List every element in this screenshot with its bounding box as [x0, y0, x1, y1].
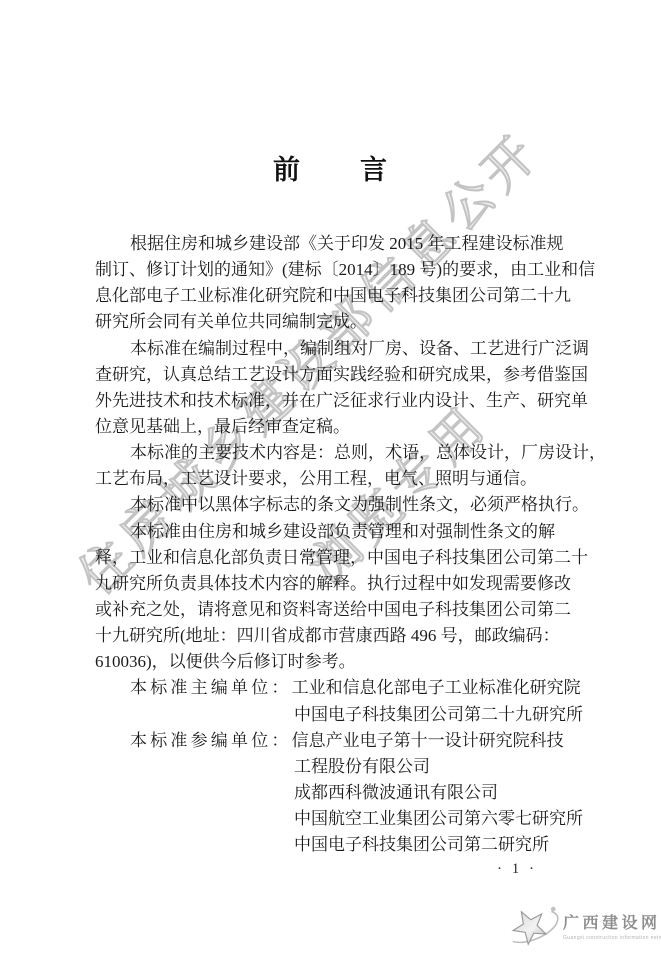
chief-editor-unit: 工业和信息化部电子工业标准化研究院 — [292, 675, 581, 701]
chief-editor-unit: 中国电子科技集团公司第二十九研究所 — [95, 702, 567, 728]
participating-editor-unit: 中国航空工业集团公司第六零七研究所 — [95, 806, 567, 832]
paragraph-line: 制订、修订计划的通知》(建标〔2014〕189 号)的要求，由工业和信 — [95, 257, 567, 283]
paragraph-line: 外先进技术和技术标准，并在广泛征求行业内设计、生产、研究单 — [95, 388, 567, 414]
paragraph-line: 息化部电子工业标准化研究院和中国电子科技集团公司第二十九 — [95, 283, 567, 309]
logo-tagline: Guangxi construction information network — [563, 935, 661, 941]
paragraph-line: 位意见基础上，最后经审查定稿。 — [95, 414, 567, 440]
chief-editor-row: 本标准主编单位： 工业和信息化部电子工业标准化研究院 — [95, 675, 567, 701]
paragraph-line: 610036)，以便供今后修订时参考。 — [95, 649, 567, 675]
page-number: · 1 · — [497, 861, 537, 878]
paragraph-line: 本标准由住房和城乡建设部负责管理和对强制性条文的解 — [95, 519, 567, 545]
paragraph-line: 释，工业和信息化部负责日常管理，中国电子科技集团公司第二十 — [95, 545, 567, 571]
page-title: 前 言 — [95, 148, 567, 187]
paragraph-line: 九研究所负责具体技术内容的解释。执行过程中如发现需要修改 — [95, 571, 567, 597]
logo-text-block: 广西建设网 Guangxi construction information n… — [563, 910, 661, 941]
participating-editor-unit: 中国电子科技集团公司第二研究所 — [95, 832, 567, 858]
document-page: 住房城乡建设部信息公开 浏览专用 前 言 根据住房和城乡建设部《关于印发 201… — [0, 0, 661, 958]
participating-editor-label: 本标准参编单位： — [130, 728, 292, 754]
participating-editor-unit: 成都西科微波通讯有限公司 — [95, 780, 567, 806]
paragraph-line: 十九研究所(地址：四川省成都市营康西路 496 号，邮政编码： — [95, 623, 567, 649]
paragraph-line: 研究所会同有关单位共同编制完成。 — [95, 309, 567, 335]
participating-editor-unit: 信息产业电子第十一设计研究院科技 — [292, 728, 564, 754]
participating-editor-row: 本标准参编单位： 信息产业电子第十一设计研究院科技 — [95, 728, 567, 754]
paragraph-line: 查研究，认真总结工艺设计方面实践经验和研究成果，参考借鉴国 — [95, 362, 567, 388]
paragraph-line: 本标准的主要技术内容是：总则，术语，总体设计，厂房设计， — [95, 440, 567, 466]
chief-editor-label: 本标准主编单位： — [130, 675, 292, 701]
site-logo: 广西建设网 Guangxi construction information n… — [503, 896, 659, 954]
paragraph-line: 本标准在编制过程中，编制组对厂房、设备、工艺进行广泛调 — [95, 336, 567, 362]
participating-editor-unit: 工程股份有限公司 — [95, 754, 567, 780]
paragraph-line: 或补充之处，请将意见和资料寄送给中国电子科技集团公司第二 — [95, 597, 567, 623]
body-text: 根据住房和城乡建设部《关于印发 2015 年工程建设标准规 制订、修订计划的通知… — [95, 231, 567, 858]
paragraph-line: 工艺布局，工艺设计要求，公用工程，电气、照明与通信。 — [95, 466, 567, 492]
text-column: 前 言 根据住房和城乡建设部《关于印发 2015 年工程建设标准规 制订、修订计… — [95, 0, 567, 187]
logo-title: 广西建设网 — [563, 910, 661, 933]
paragraph-line: 根据住房和城乡建设部《关于印发 2015 年工程建设标准规 — [95, 231, 567, 257]
star-logo-icon — [503, 896, 561, 954]
paragraph-line: 本标准中以黑体字标志的条文为强制性条文，必须严格执行。 — [95, 492, 567, 518]
